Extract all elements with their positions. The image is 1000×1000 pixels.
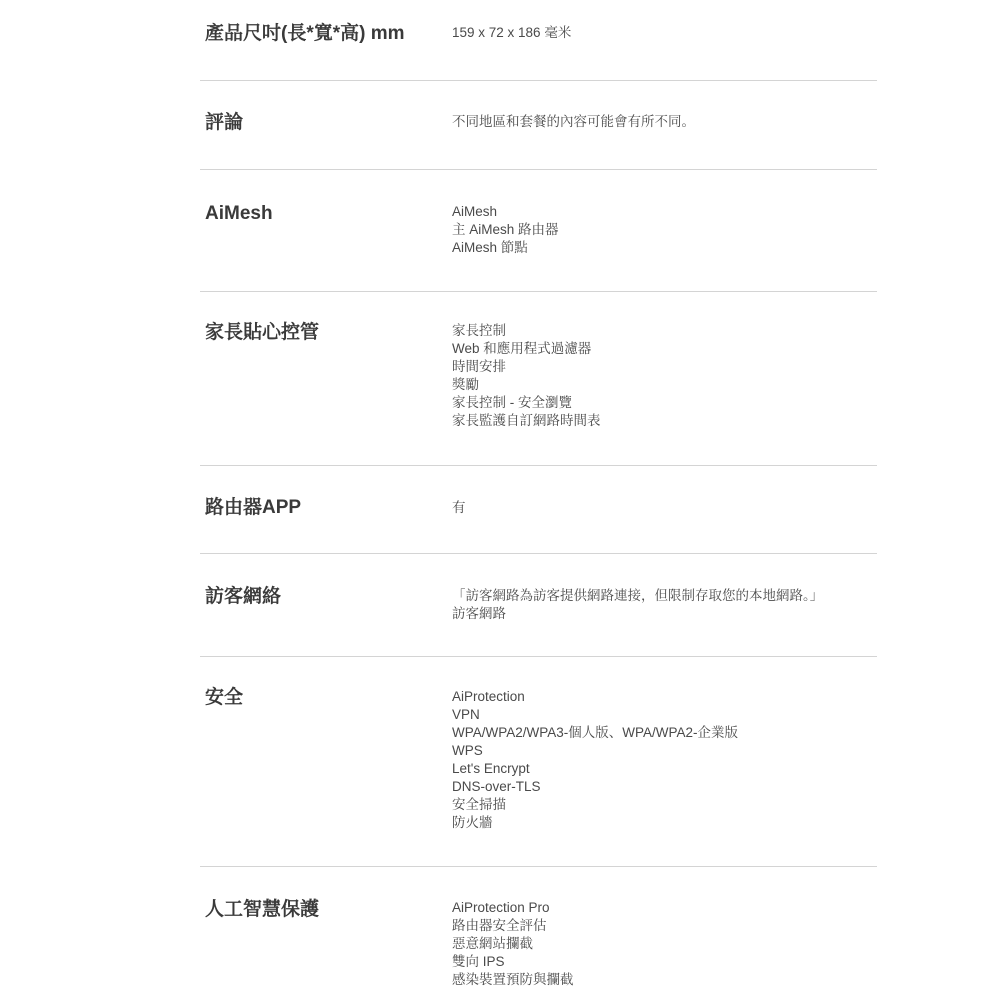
spec-value: WPS [452,742,738,760]
spec-value: 獎勵 [452,376,601,394]
spec-label-dimensions: 產品尺吋(長*寬*高) mm [205,22,405,46]
spec-value: 防火牆 [452,814,738,832]
spec-value: 時間安排 [452,358,601,376]
spec-value: 路由器安全評估 [452,917,574,935]
spec-value: AiMesh 節點 [452,239,559,257]
spec-value: 有 [452,499,466,517]
spec-value: 感染裝置預防與攔截 [452,971,574,989]
spec-value: VPN [452,706,738,724]
spec-label-guest-network: 訪客網絡 [205,585,281,609]
spec-value: Web 和應用程式過濾器 [452,340,601,358]
spec-values-comment: 不同地區和套餐的內容可能會有所不同。 [452,113,695,131]
spec-values-router-app: 有 [452,499,466,517]
divider [200,553,877,554]
spec-value: AiProtection [452,688,738,706]
spec-values-ai-protection: AiProtection Pro 路由器安全評估 惡意網站攔截 雙向 IPS 感… [452,899,574,989]
spec-values-dimensions: 159 x 72 x 186 毫米 [452,24,571,42]
spec-value: 訪客網路 [452,605,823,623]
divider [200,465,877,466]
spec-values-guest-network: 「訪客網路為訪客提供網路連接，但限制存取您的本地網路。」 訪客網路 [452,587,823,623]
spec-value: 雙向 IPS [452,953,574,971]
divider [200,866,877,867]
spec-value: DNS-over-TLS [452,778,738,796]
divider [200,80,877,81]
spec-value: 惡意網站攔截 [452,935,574,953]
divider [200,291,877,292]
spec-label-comment: 評論 [205,111,243,135]
spec-value: 家長控制 [452,322,601,340]
spec-values-security: AiProtection VPN WPA/WPA2/WPA3-個人版、WPA/W… [452,688,738,832]
spec-value: Let's Encrypt [452,760,738,778]
spec-value: 家長控制 - 安全瀏覽 [452,394,601,412]
divider [200,169,877,170]
spec-value: 「訪客網路為訪客提供網路連接，但限制存取您的本地網路。」 [452,587,823,605]
spec-value: AiProtection Pro [452,899,574,917]
spec-value: 安全掃描 [452,796,738,814]
spec-value: WPA/WPA2/WPA3-個人版、WPA/WPA2-企業版 [452,724,738,742]
spec-label-router-app: 路由器APP [205,496,301,520]
spec-value: 159 x 72 x 186 毫米 [452,24,571,42]
spec-label-parental-control: 家長貼心控管 [205,321,319,345]
spec-value: AiMesh [452,203,559,221]
spec-value: 主 AiMesh 路由器 [452,221,559,239]
spec-value: 家長監護自訂網路時間表 [452,412,601,430]
divider [200,656,877,657]
spec-label-aimesh: AiMesh [205,202,273,226]
spec-label-security: 安全 [205,686,243,710]
spec-values-aimesh: AiMesh 主 AiMesh 路由器 AiMesh 節點 [452,203,559,257]
spec-label-ai-protection: 人工智慧保護 [205,898,319,922]
spec-value: 不同地區和套餐的內容可能會有所不同。 [452,113,695,131]
spec-values-parental-control: 家長控制 Web 和應用程式過濾器 時間安排 獎勵 家長控制 - 安全瀏覽 家長… [452,322,601,430]
